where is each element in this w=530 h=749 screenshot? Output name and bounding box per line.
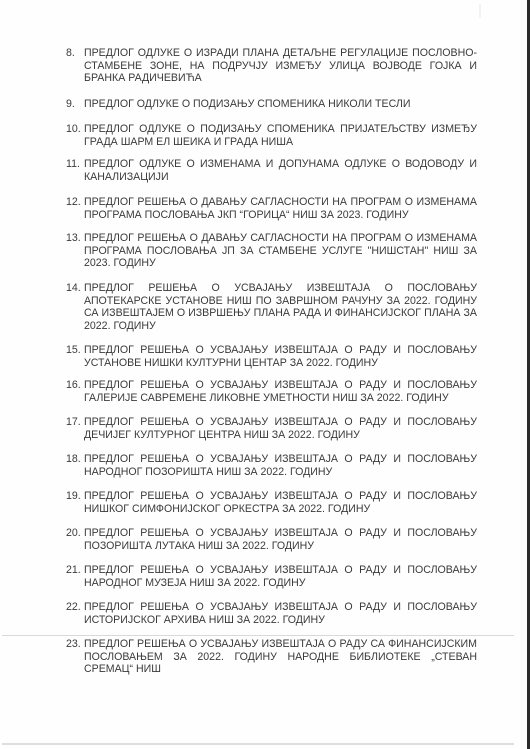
item-text: ПРЕДЛОГ ОДЛУКЕ О ПОДИЗАЊУ СПОМЕНИКА НИКО… xyxy=(84,98,477,111)
scan-artifact xyxy=(479,4,481,18)
item-number: 8. xyxy=(66,47,84,60)
agenda-item-23: 23. ПРЕДЛОГ РЕШЕЊА О УСВАЈАЊУ ИЗВЕШТАЈА … xyxy=(66,638,477,676)
item-text: ПРЕДЛОГ ОДЛУКЕ О ИЗРАДИ ПЛАНА ДЕТАЉНЕ РЕ… xyxy=(84,47,477,85)
item-number: 16. xyxy=(66,379,84,392)
item-text: ПРЕДЛОГ РЕШЕЊА О УСВАЈАЊУ ИЗВЕШТАЈА О РА… xyxy=(84,638,477,676)
item-text: ПРЕДЛОГ ОДЛУКЕ О ИЗМЕНАМА И ДОПУНАМА ОДЛ… xyxy=(84,158,477,183)
agenda-item-10: 10. ПРЕДЛОГ ОДЛУКЕ О ПОДИЗАЊУ СПОМЕНИКА … xyxy=(66,123,477,148)
item-number: 19. xyxy=(66,490,84,503)
agenda-item-13: 13. ПРЕДЛОГ РЕШЕЊА О ДАВАЊУ САГЛАСНОСТИ … xyxy=(66,232,477,270)
item-text: ПРЕДЛОГ РЕШЕЊА О ДАВАЊУ САГЛАСНОСТИ НА П… xyxy=(84,196,477,221)
item-number: 22. xyxy=(66,601,84,614)
item-number: 21. xyxy=(66,564,84,577)
agenda-item-14: 14. ПРЕДЛОГ РЕШЕЊА О УСВАЈАЊУ ИЗВЕШТАЈА … xyxy=(66,282,477,332)
agenda-item-16: 16. ПРЕДЛОГ РЕШЕЊА О УСВАЈАЊУ ИЗВЕШТАЈА … xyxy=(66,379,477,404)
agenda-item-21: 21. ПРЕДЛОГ РЕШЕЊА О УСВАЈАЊУ ИЗВЕШТАЈА … xyxy=(66,564,477,589)
agenda-item-8: 8. ПРЕДЛОГ ОДЛУКЕ О ИЗРАДИ ПЛАНА ДЕТАЉНЕ… xyxy=(66,47,477,85)
item-text: ПРЕДЛОГ ОДЛУКЕ О ПОДИЗАЊУ СПОМЕНИКА ПРИЈ… xyxy=(84,123,477,148)
item-text: ПРЕДЛОГ РЕШЕЊА О УСВАЈАЊУ ИЗВЕШТАЈА О РА… xyxy=(84,379,477,404)
scan-fold-line xyxy=(2,635,514,636)
agenda-item-19: 19. ПРЕДЛОГ РЕШЕЊА О УСВАЈАЊУ ИЗВЕШТАЈА … xyxy=(66,490,477,515)
agenda-item-20: 20. ПРЕДЛОГ РЕШЕЊА О УСВАЈАЊУ ИЗВЕШТАЈА … xyxy=(66,527,477,552)
item-text: ПРЕДЛОГ РЕШЕЊА О УСВАЈАЊУ ИЗВЕШТАЈА О РА… xyxy=(84,564,477,589)
item-number: 17. xyxy=(66,416,84,429)
item-number: 20. xyxy=(66,527,84,540)
agenda-item-18: 18. ПРЕДЛОГ РЕШЕЊА О УСВАЈАЊУ ИЗВЕШТАЈА … xyxy=(66,453,477,478)
item-text: ПРЕДЛОГ РЕШЕЊА О УСВАЈАЊУ ИЗВЕШТАЈА О РА… xyxy=(84,416,477,441)
item-number: 15. xyxy=(66,344,84,357)
item-text: ПРЕДЛОГ РЕШЕЊА О УСВАЈАЊУ ИЗВЕШТАЈА О РА… xyxy=(84,601,477,626)
item-number: 23. xyxy=(66,638,84,651)
agenda-item-11: 11. ПРЕДЛОГ ОДЛУКЕ О ИЗМЕНАМА И ДОПУНАМА… xyxy=(66,158,477,183)
item-text: ПРЕДЛОГ РЕШЕЊА О УСВАЈАЊУ ИЗВЕШТАЈА О РА… xyxy=(84,344,477,369)
item-text: ПРЕДЛОГ РЕШЕЊА О УСВАЈАЊУ ИЗВЕШТАЈА О РА… xyxy=(84,527,477,552)
item-text: ПРЕДЛОГ РЕШЕЊА О УСВАЈАЊУ ИЗВЕШТАЈА О РА… xyxy=(84,453,477,478)
agenda-item-12: 12. ПРЕДЛОГ РЕШЕЊА О ДАВАЊУ САГЛАСНОСТИ … xyxy=(66,196,477,221)
item-number: 13. xyxy=(66,232,84,245)
item-text: ПРЕДЛОГ РЕШЕЊА О ДАВАЊУ САГЛАСНОСТИ НА П… xyxy=(84,232,477,270)
item-number: 12. xyxy=(66,196,84,209)
page-bottom-edge xyxy=(2,743,514,745)
item-number: 9. xyxy=(66,98,84,111)
item-number: 14. xyxy=(66,282,84,295)
agenda-item-17: 17. ПРЕДЛОГ РЕШЕЊА О УСВАЈАЊУ ИЗВЕШТАЈА … xyxy=(66,416,477,441)
agenda-item-15: 15. ПРЕДЛОГ РЕШЕЊА О УСВАЈАЊУ ИЗВЕШТАЈА … xyxy=(66,344,477,369)
item-text: ПРЕДЛОГ РЕШЕЊА О УСВАЈАЊУ ИЗВЕШТАЈА О ПО… xyxy=(84,282,477,332)
agenda-item-9: 9. ПРЕДЛОГ ОДЛУКЕ О ПОДИЗАЊУ СПОМЕНИКА Н… xyxy=(66,98,477,111)
item-text: ПРЕДЛОГ РЕШЕЊА О УСВАЈАЊУ ИЗВЕШТАЈА О РА… xyxy=(84,490,477,515)
item-number: 18. xyxy=(66,453,84,466)
document-page: 8. ПРЕДЛОГ ОДЛУКЕ О ИЗРАДИ ПЛАНА ДЕТАЉНЕ… xyxy=(0,0,527,749)
agenda-item-22: 22. ПРЕДЛОГ РЕШЕЊА О УСВАЈАЊУ ИЗВЕШТАЈА … xyxy=(66,601,477,626)
item-number: 10. xyxy=(66,123,84,136)
item-number: 11. xyxy=(66,158,84,171)
